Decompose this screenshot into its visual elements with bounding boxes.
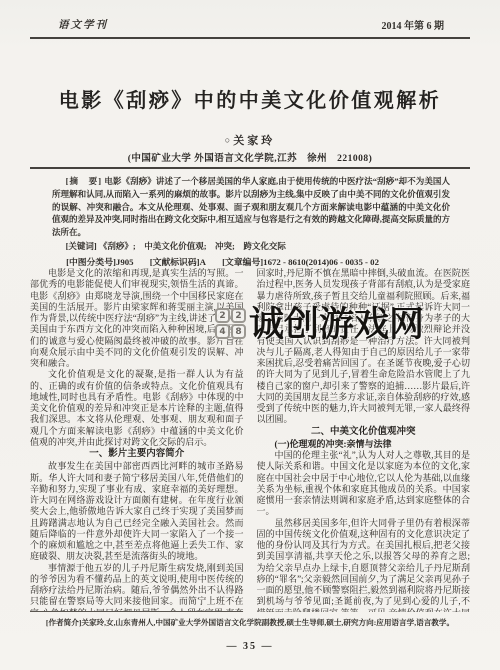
author-name: 关家玲 xyxy=(233,135,275,147)
article-title: 电影《刮痧》中的中美文化价值观解析 xyxy=(0,84,500,113)
author-marker-icon: ○ xyxy=(225,135,230,145)
header-rule xyxy=(30,37,470,39)
issue-label: 2014 年第 6 期 xyxy=(382,17,471,32)
abstract-block: [摘 要] 电影《刮痧》讲述了一个移居美国的华人家庭,由于使用传统的中医疗法“刮… xyxy=(52,175,450,239)
watermark-badge: 8 xyxy=(231,324,246,339)
watermark-badge: 2 xyxy=(231,308,246,323)
article-number: [文章编号]1672 - 8610(2014)06 - 0035 - 02 xyxy=(222,257,379,267)
paragraph: 文化价值观是文化的凝聚,是指一群人认为有益的、正确的或有价值的信条或特点。文化价… xyxy=(30,369,244,448)
watermark-number-badges: 2 2 4 8 xyxy=(215,308,246,339)
page-header: 语文学刊 2014 年第 6 期 xyxy=(30,17,470,32)
document-code: [文献标识码]A xyxy=(150,257,206,267)
abstract-label: [摘 要] xyxy=(66,176,103,186)
page-number: — 35 — xyxy=(0,641,500,652)
affiliation: (中国矿业大学 外国语言文化学院,江苏 徐州 221008) xyxy=(0,150,500,164)
clc-number: [中图分类号]J905 xyxy=(66,257,133,267)
author-bio: [作者简介]关家玲,女,山东青州人,中国矿业大学外国语言文化学院副教授,硕士生导… xyxy=(30,618,470,628)
left-column: 电影是文化的浓缩和再现,是真实生活的写照。一部优秀的电影能促使人们审视现实,领悟… xyxy=(30,268,244,612)
keywords-text: 《刮痧》; 中美文化价值观; 冲突; 跨文化交际 xyxy=(99,241,286,251)
paragraph: 故事发生在美国中部密西西比河畔的城市圣路易斯。华人许大同和妻子简宁移居美国八年,… xyxy=(30,461,244,562)
watermark-text: 诚创游戏网 xyxy=(249,302,424,348)
paragraph: 事情源于他五岁的儿子丹尼斯生病发烧,刚到美国的爷爷因为看不懂药品上的英文说明,使… xyxy=(30,563,244,613)
paragraph: 虽然移居美国多年,但许大同骨子里仍有着根深蒂固的中国传统文化价值观,这种固有的文… xyxy=(257,518,471,613)
watermark-badge: 2 xyxy=(215,308,230,323)
section-heading-2: 二、中美文化价值观冲突 xyxy=(257,427,471,438)
divider-rule xyxy=(30,167,470,169)
abstract-text: 电影《刮痧》讲述了一个移居美国的华人家庭,由于使用传统的中医疗法“刮痧”却不为美… xyxy=(52,176,450,237)
footnote-rule xyxy=(30,611,243,612)
watermark: 2 2 4 8 诚创游戏网 xyxy=(215,302,424,348)
keywords-label: [关键词] xyxy=(66,241,97,251)
watermark-badge: 4 xyxy=(215,324,230,339)
front-matter: [摘 要] 电影《刮痧》讲述了一个移居美国的华人家庭,由于使用传统的中医疗法“刮… xyxy=(52,175,450,269)
journal-page: 语文学刊 2014 年第 6 期 电影《刮痧》中的中美文化价值观解析 ○关家玲 … xyxy=(0,0,500,670)
journal-name: 语文学刊 xyxy=(30,17,108,32)
keywords-line: [关键词] 《刮痧》; 中美文化价值观; 冲突; 跨文化交际 xyxy=(52,240,450,253)
subsection-heading: (一)伦理观的冲突:亲情与法律 xyxy=(257,439,471,450)
author-line: ○关家玲 xyxy=(0,132,500,148)
paragraph: 中国的伦理主张“礼”,认为人对人之尊敬,其目的是使人际关系和谐。中国文化是以家庭… xyxy=(257,450,471,518)
section-heading-1: 一、影片主要内容简介 xyxy=(30,449,244,460)
paragraph: 电影是文化的浓缩和再现,是真实生活的写照。一部优秀的电影能促使人们审视现实,领悟… xyxy=(30,268,244,369)
